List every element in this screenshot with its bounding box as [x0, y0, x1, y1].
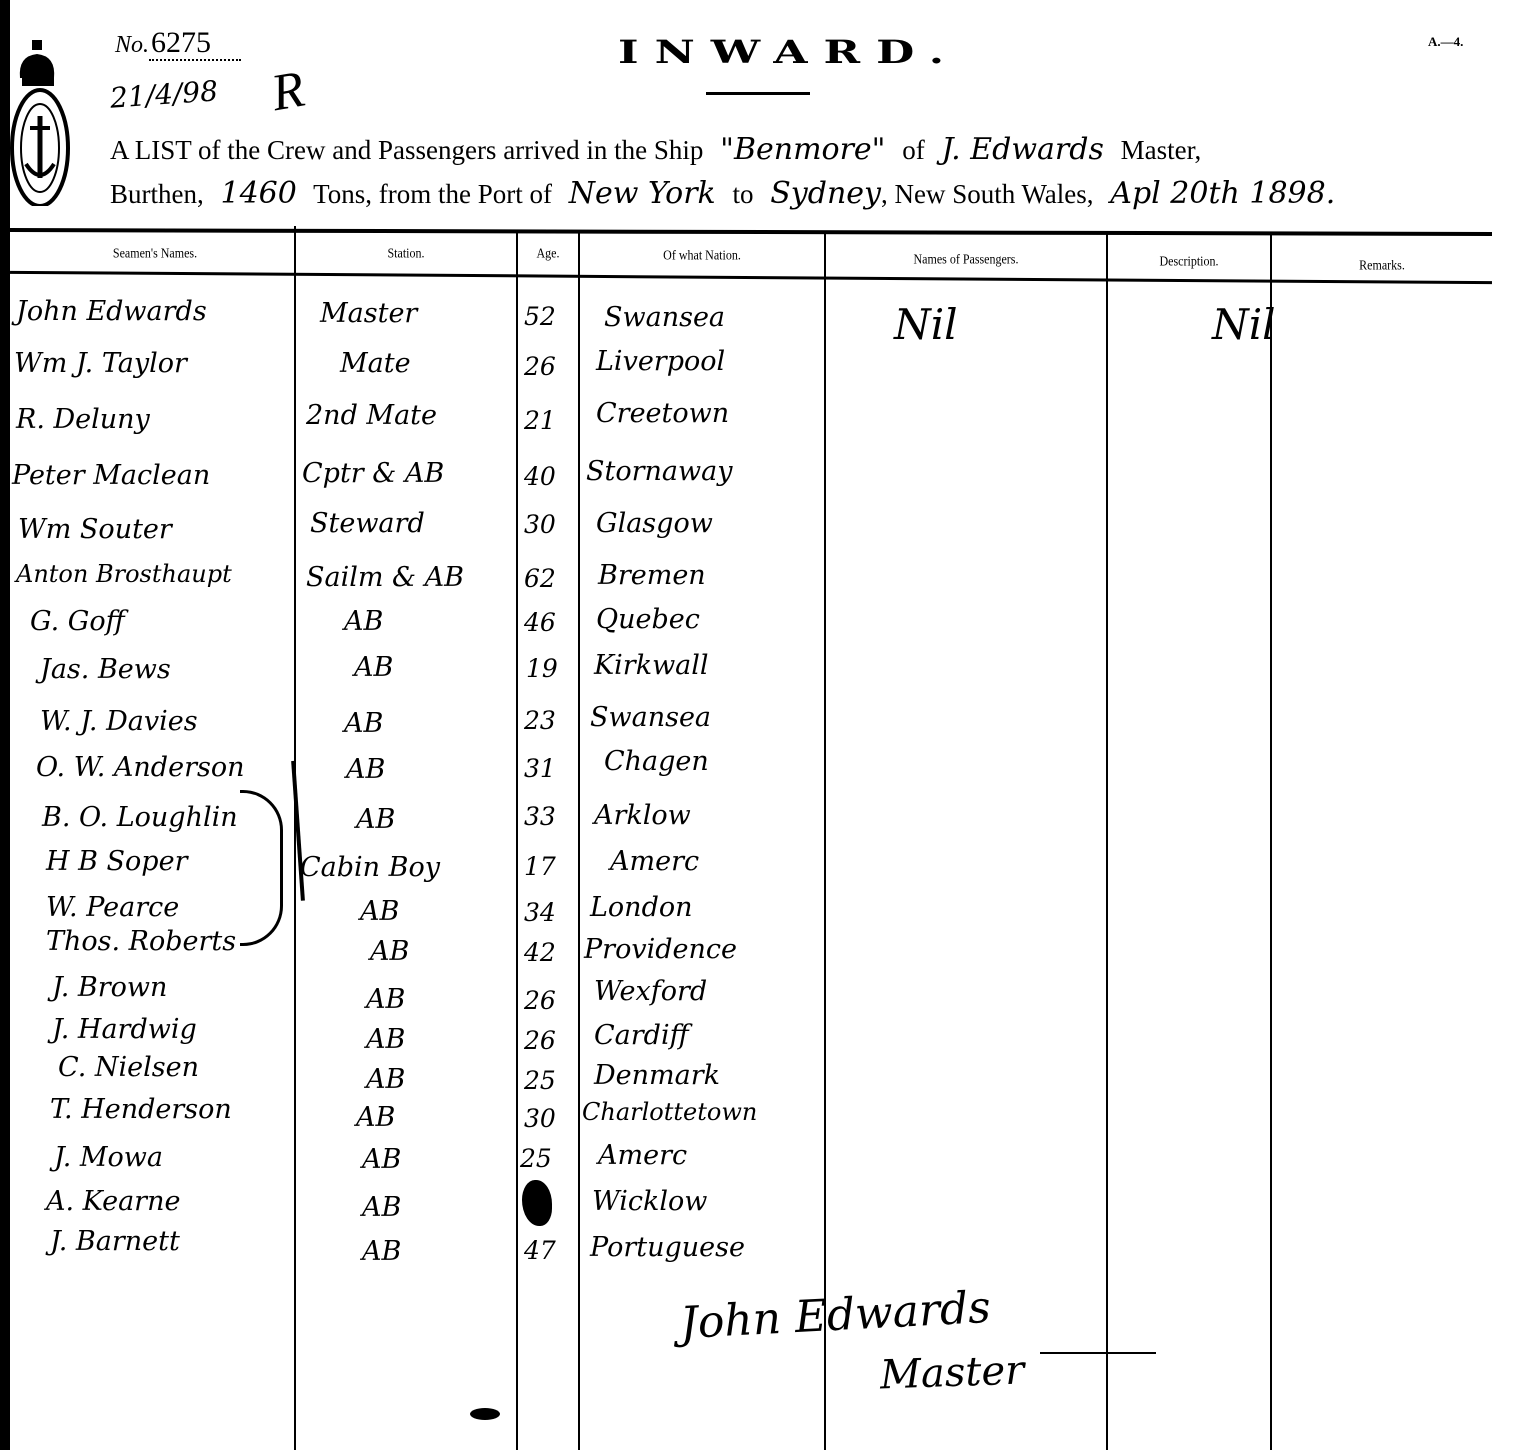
nation: Creetown: [596, 398, 729, 429]
to-port: Sydney: [770, 176, 881, 211]
date-received: 21/4/98: [109, 74, 219, 114]
seaman-name: J. Barnett: [50, 1226, 180, 1257]
nation: Cardiff: [594, 1020, 689, 1051]
age: 25: [524, 1066, 556, 1095]
column-header-description: Description.: [1108, 253, 1270, 270]
age: 30: [524, 1104, 556, 1133]
column-divider: [516, 230, 518, 1450]
nation: Charlottetown: [582, 1098, 757, 1126]
burthen-label: Burthen,: [110, 179, 204, 209]
tons-from-port-label: Tons, from the Port of: [313, 179, 552, 209]
title-underline: [706, 92, 810, 95]
column-header-station: Station.: [296, 245, 516, 262]
seaman-name: Wm J. Taylor: [14, 348, 187, 379]
age: 26: [524, 352, 556, 381]
seaman-name: H B Soper: [46, 846, 187, 877]
seaman-name: J. Hardwig: [52, 1014, 197, 1045]
nation: Swansea: [604, 302, 725, 333]
seaman-name: R. Deluny: [16, 404, 150, 435]
station: AB: [362, 1236, 401, 1267]
age: 34: [524, 898, 556, 927]
age: 62: [524, 564, 556, 593]
seaman-name: W. J. Davies: [40, 706, 198, 737]
seaman-name: G. Goff: [30, 606, 125, 637]
age: 52: [524, 302, 556, 331]
nation: Wexford: [594, 976, 707, 1007]
seaman-name: B. O. Loughlin: [42, 802, 238, 833]
age: 31: [524, 754, 556, 783]
nation: Arklow: [594, 800, 691, 831]
station: AB: [344, 606, 383, 637]
column-header-remarks: Remarks.: [1272, 257, 1492, 274]
seaman-name: T. Henderson: [50, 1094, 232, 1125]
seaman-name: J. Mowa: [54, 1142, 163, 1173]
station: AB: [362, 1192, 401, 1223]
column-divider: [1106, 234, 1108, 1450]
master-signature: John Edwards: [679, 1282, 992, 1349]
seaman-name: John Edwards: [16, 296, 207, 327]
age: 21: [524, 406, 556, 435]
nation: Chagen: [604, 746, 709, 777]
age: 42: [524, 938, 556, 967]
age: 33: [524, 802, 556, 831]
nation: Amerc: [598, 1140, 687, 1171]
nation: Glasgow: [596, 508, 713, 539]
age: 26: [524, 1026, 556, 1055]
to-label: to: [732, 179, 753, 209]
column-divider: [1270, 234, 1272, 1450]
age: 25: [520, 1144, 552, 1173]
pencil-bracket: [240, 790, 283, 946]
station: AB: [346, 754, 385, 785]
heading-of: of: [902, 135, 925, 165]
station: AB: [366, 1064, 405, 1095]
nation: Stornaway: [586, 456, 732, 487]
nation: Quebec: [596, 604, 700, 635]
column-header-passengers: Names of Passengers.: [826, 251, 1106, 268]
from-port: New York: [569, 176, 716, 211]
age: 23: [524, 706, 556, 735]
column-divider: [824, 232, 826, 1450]
nation: Portuguese: [590, 1232, 745, 1263]
station: Mate: [340, 348, 411, 379]
seaman-name: Wm Souter: [18, 514, 172, 545]
seaman-name: Anton Brosthaupt: [16, 560, 232, 588]
seaman-name: A. Kearne: [46, 1186, 180, 1217]
nation: Kirkwall: [594, 650, 709, 681]
heading-line-2: Burthen, 1460 Tons, from the Port of New…: [110, 176, 1345, 211]
heading-prefix: A LIST of the Crew and Passengers arrive…: [110, 135, 703, 165]
station: AB: [360, 896, 399, 927]
nation: Bremen: [598, 560, 706, 591]
burthen-value: 1460: [221, 176, 297, 211]
age: 30: [524, 510, 556, 539]
station: AB: [366, 1024, 405, 1055]
nation: Wicklow: [592, 1186, 707, 1217]
station: Steward: [310, 508, 425, 539]
station: AB: [370, 936, 409, 967]
master-name: J. Edwards: [941, 132, 1103, 167]
ship-name: "Benmore": [720, 132, 885, 167]
age: 40: [524, 462, 556, 491]
age: 47: [524, 1236, 556, 1265]
heading-line-1: A LIST of the Crew and Passengers arrive…: [110, 132, 1201, 167]
column-header-seamens-names: Seamen's Names.: [20, 245, 290, 262]
form-code: A.—4.: [1428, 34, 1463, 50]
station: Master: [320, 298, 417, 329]
clerk-initials: R: [267, 60, 309, 124]
nation: Providence: [584, 934, 737, 965]
seaman-name: Jas. Bews: [40, 654, 171, 685]
seaman-name: C. Nielsen: [58, 1052, 199, 1083]
nation: Denmark: [594, 1060, 720, 1091]
station: Sailm & AB: [306, 562, 464, 593]
age: 19: [526, 654, 558, 683]
age: 46: [524, 608, 556, 637]
arrival-date: Apl 20th 1898.: [1110, 176, 1335, 211]
remarks-nil: Nil: [1212, 300, 1276, 349]
station: 2nd Mate: [306, 400, 437, 431]
nation: Swansea: [590, 702, 711, 733]
signature-title: Master: [879, 1347, 1025, 1398]
age: 26: [524, 986, 556, 1015]
station: AB: [366, 984, 405, 1015]
form-number: No.6275: [115, 26, 241, 60]
column-header-age: Age.: [518, 245, 578, 262]
seaman-name: W. Pearce: [46, 892, 179, 923]
scan-edge: [0, 0, 10, 1450]
page-title: INWARD.: [618, 34, 960, 71]
nation: Amerc: [610, 846, 699, 877]
pencil-annotation: [291, 759, 327, 900]
passengers-nil: Nil: [894, 300, 958, 349]
seaman-name: O. W. Anderson: [36, 752, 244, 783]
form-number-value: 6275: [149, 26, 241, 61]
station: AB: [356, 804, 395, 835]
ink-blot: [522, 1180, 552, 1226]
state-label: , New South Wales,: [881, 179, 1094, 209]
heading-master-suffix: Master,: [1121, 135, 1202, 165]
ink-blot: [470, 1408, 500, 1420]
station: AB: [362, 1144, 401, 1175]
seaman-name: J. Brown: [52, 972, 167, 1003]
seaman-name: Thos. Roberts: [46, 926, 236, 957]
shipping-office-seal-icon: [10, 38, 76, 206]
column-header-nation: Of what Nation.: [580, 247, 824, 264]
station: AB: [344, 708, 383, 739]
age: 17: [524, 852, 556, 881]
station: Cptr & AB: [302, 458, 444, 489]
column-divider: [578, 230, 580, 1450]
nation: London: [590, 892, 693, 923]
station: AB: [356, 1102, 395, 1133]
signature-rule: [1040, 1352, 1156, 1354]
form-number-label: No.: [115, 32, 149, 58]
station: AB: [354, 652, 393, 683]
seaman-name: Peter Maclean: [12, 460, 210, 491]
nation: Liverpool: [596, 346, 725, 377]
